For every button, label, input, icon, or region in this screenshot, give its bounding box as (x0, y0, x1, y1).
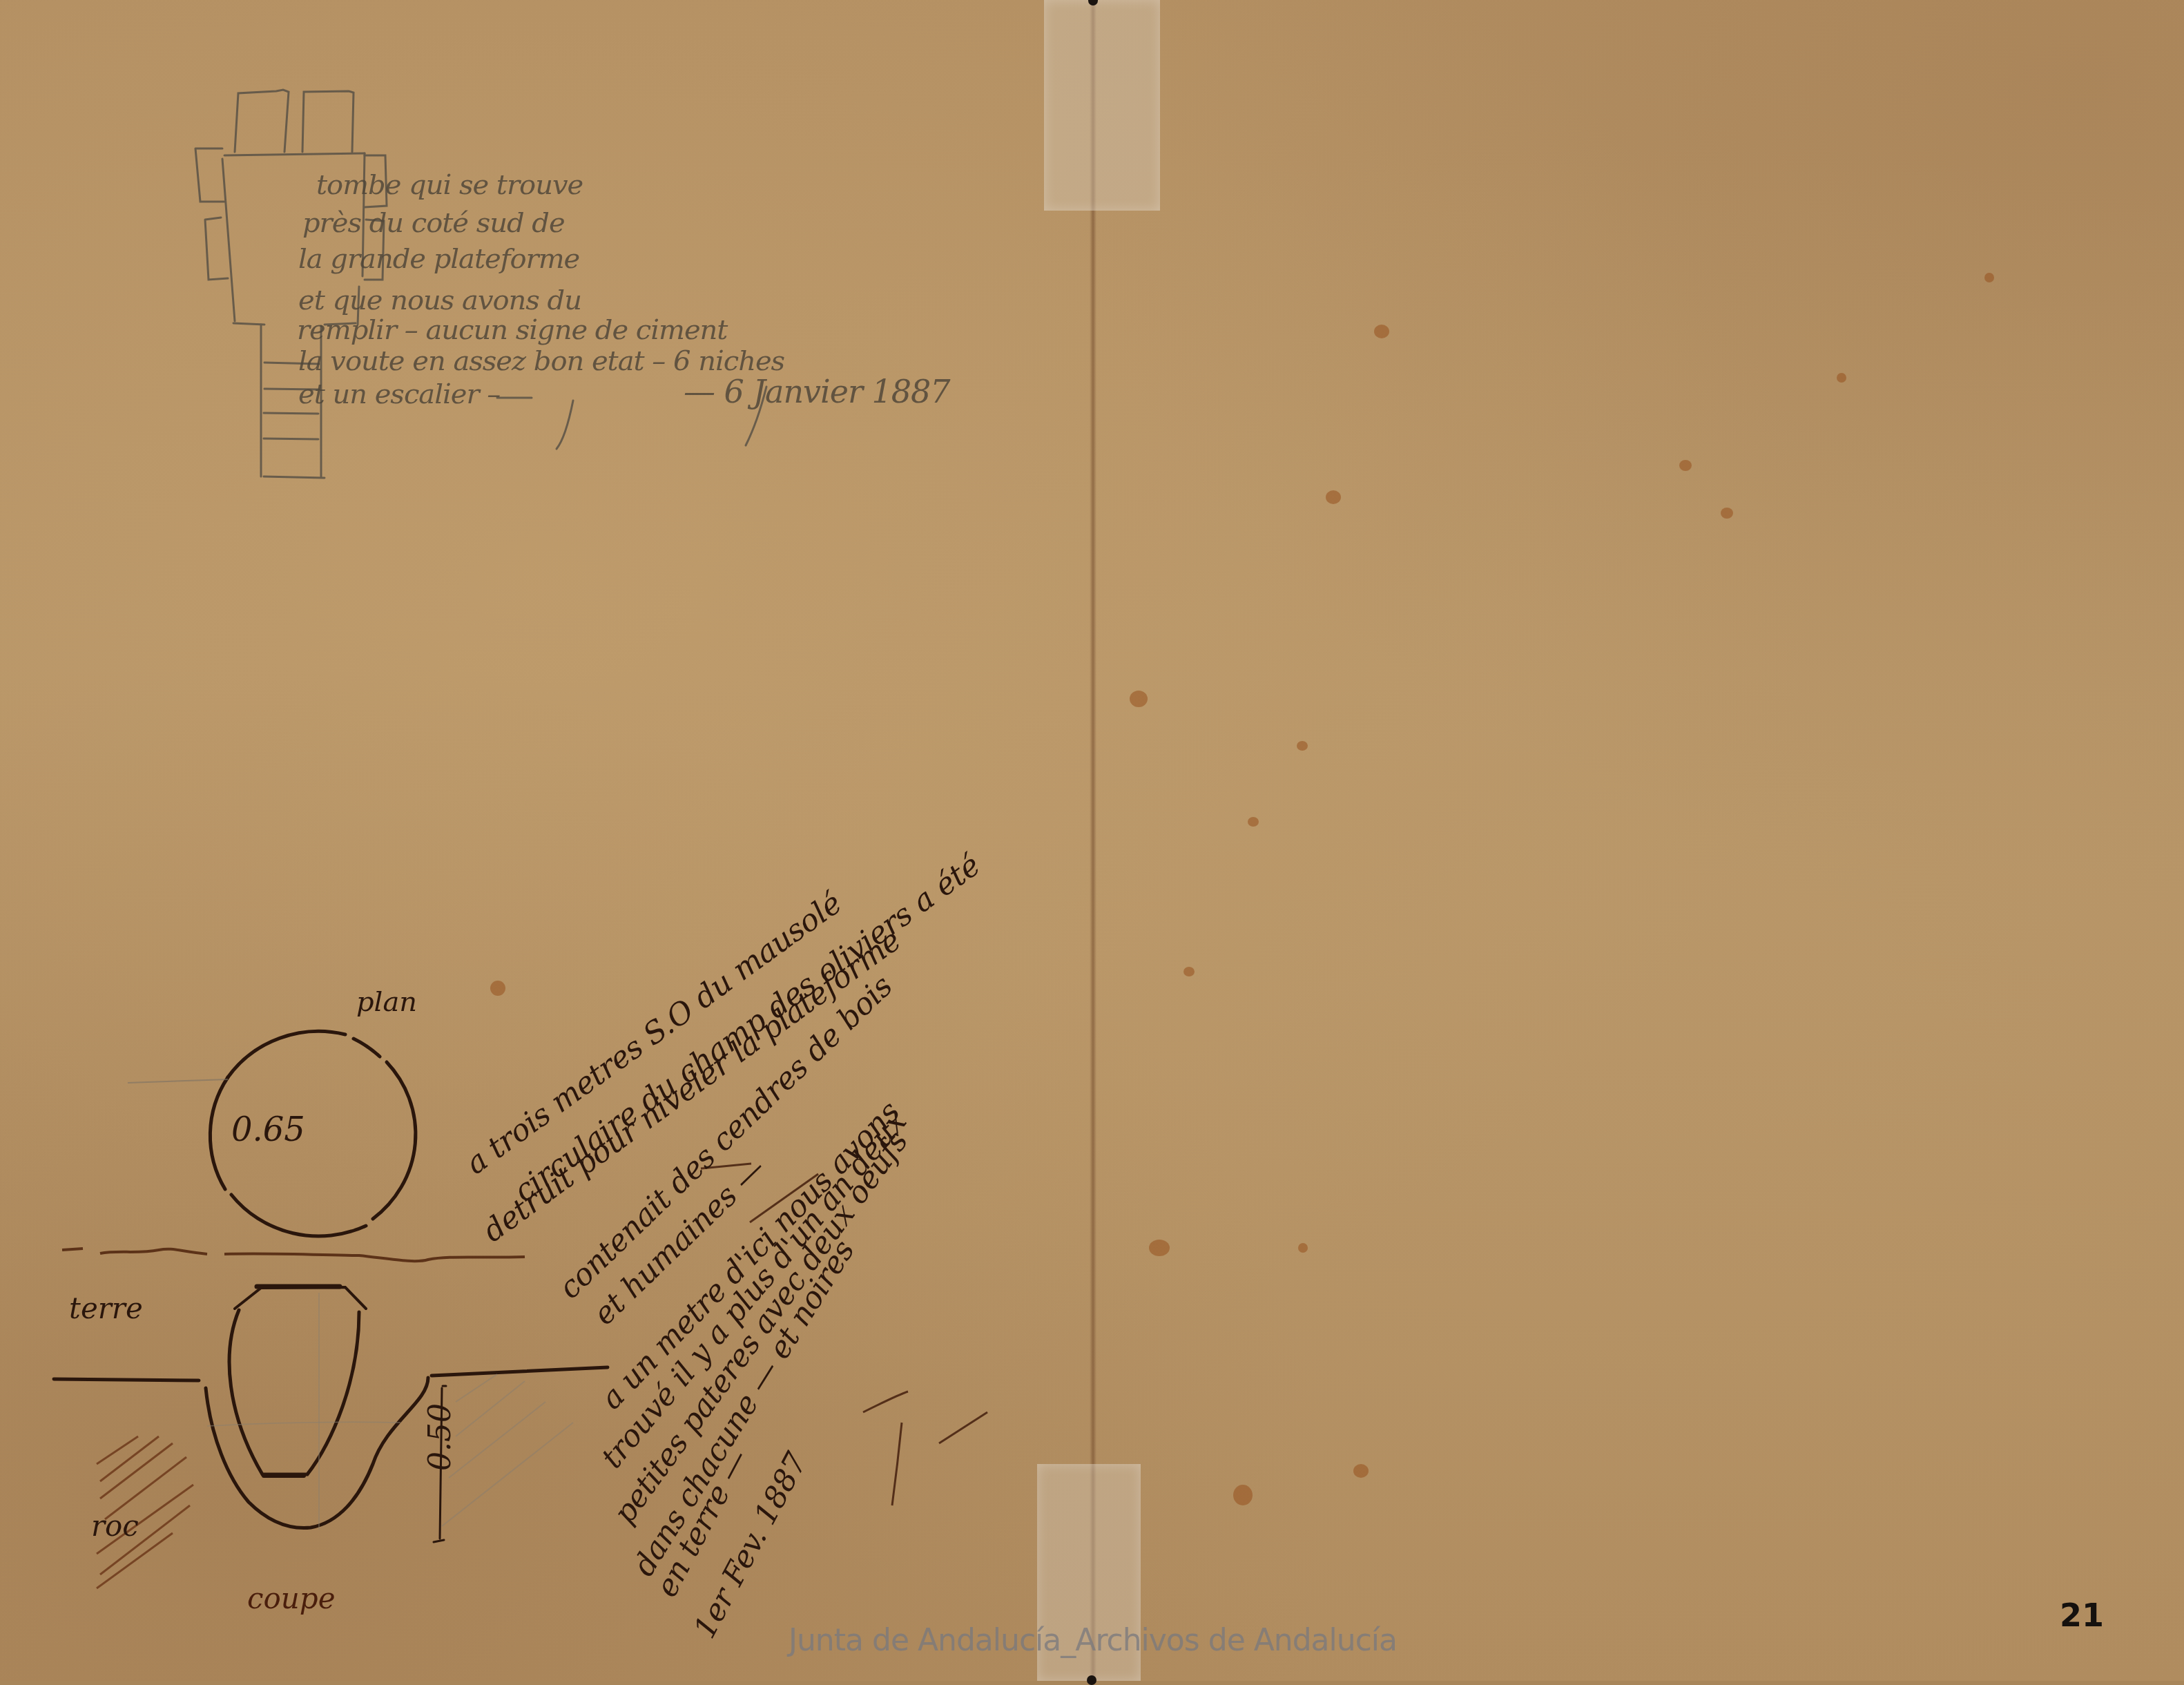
pencil-note-date: — 6 Janvier 1887 (684, 373, 950, 410)
pencil-note-line: et un escalier – (298, 378, 500, 410)
section-label: coupe (247, 1581, 336, 1615)
right-page-blank (1093, 0, 2184, 1681)
plan-diameter-label: 0.65 (231, 1110, 305, 1149)
urn-cross-guideline (207, 1422, 400, 1426)
earth-label: terre (69, 1291, 143, 1325)
pencil-note-line: et que nous avons du (298, 285, 581, 316)
pencil-guideline (128, 1079, 228, 1083)
depth-dimension-label: 0.50 (423, 1403, 458, 1471)
plan-label: plan (356, 986, 417, 1018)
ground-surface-line (62, 1249, 525, 1261)
rock-hatching-faint (442, 1374, 573, 1526)
tomb-plan-sketch (195, 90, 766, 478)
document-sheet: tombe qui se trouve près du coté sud de … (0, 0, 2184, 1681)
pencil-note-line: la grande plateforme (298, 243, 579, 275)
rock-label: roc (91, 1509, 139, 1543)
page-number: 21 (2060, 1597, 2104, 1634)
pencil-note-line: tombe qui se trouve (316, 169, 583, 201)
left-page: tombe qui se trouve près du coté sud de … (0, 0, 1093, 1681)
pencil-note-line: près du coté sud de (302, 207, 565, 239)
archive-watermark: Junta de Andalucía_Archivos de Andalucía (789, 1623, 1397, 1658)
pencil-note-line: remplir – aucun signe de ciment (297, 314, 727, 346)
